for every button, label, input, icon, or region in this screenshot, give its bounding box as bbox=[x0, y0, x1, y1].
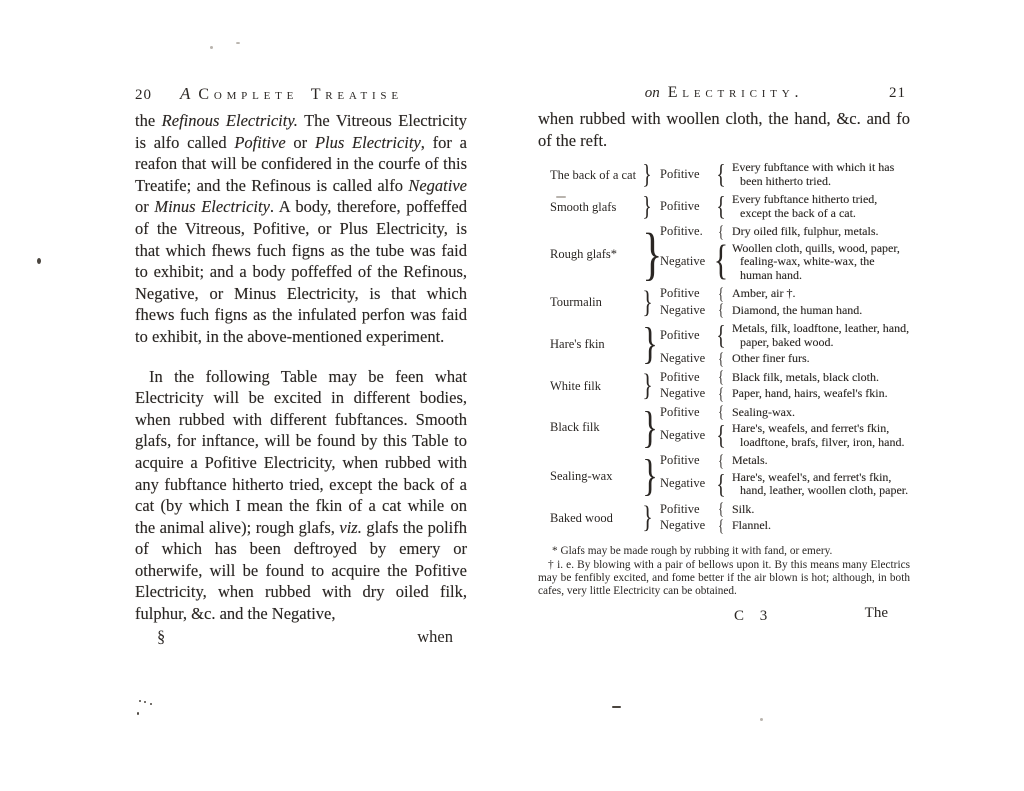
table-entry: Pofitive{Amber, air †. bbox=[656, 287, 910, 301]
text-segment: Refinous Electricity. bbox=[162, 111, 298, 130]
electricity-table: The back of a cat}Pofitive{Every fubftan… bbox=[538, 161, 910, 533]
entry-brace-icon: { bbox=[716, 164, 726, 185]
table-group: Rough glafs*}Pofitive.{Dry oiled filk, f… bbox=[538, 225, 910, 282]
footnotes: * Glafs may be made rough by rubbing it … bbox=[538, 545, 910, 598]
table-entry: Pofitive{Every fubftance with which it h… bbox=[656, 161, 910, 188]
entry-brace-icon: { bbox=[716, 353, 726, 366]
scan-speckle bbox=[144, 701, 146, 703]
scan-speckle bbox=[137, 712, 139, 715]
charge-label: Negative bbox=[656, 255, 714, 269]
scan-speckle bbox=[150, 703, 152, 705]
result-text: Hare's, weafel's, and ferret's fkin, han… bbox=[728, 471, 910, 498]
charge-label: Pofitive bbox=[656, 200, 714, 214]
table-entry: Negative{Hare's, weafel's, and ferret's … bbox=[656, 471, 910, 498]
table-group: Sealing-wax}Pofitive{Metals.Negative{Har… bbox=[538, 454, 910, 498]
scan-speckle bbox=[612, 706, 621, 708]
footnote: † i. e. By blowing with a pair of bellow… bbox=[538, 559, 910, 597]
group-brace-icon: } bbox=[642, 327, 654, 361]
charge-label: Pofitive bbox=[656, 287, 714, 301]
charge-label: Pofitive bbox=[656, 503, 714, 517]
entry-brace-icon: { bbox=[716, 388, 726, 401]
table-entry: Pofitive{Metals. bbox=[656, 454, 910, 468]
substance-label: Smooth glafs bbox=[538, 200, 640, 214]
scan-speckle bbox=[37, 258, 41, 264]
right-page-number: 21 bbox=[889, 85, 906, 102]
charge-label: Negative bbox=[656, 429, 714, 443]
entry-list: Pofitive{Metals, filk, loadftone, leathe… bbox=[656, 322, 910, 366]
group-brace-icon: } bbox=[642, 506, 654, 529]
left-running-title: AComplete Treatise bbox=[180, 84, 403, 104]
scan-speckle bbox=[760, 718, 763, 721]
entry-brace-icon: { bbox=[716, 455, 726, 468]
substance-label: Hare's fkin bbox=[538, 337, 640, 351]
group-brace-icon: } bbox=[642, 232, 654, 276]
entry-brace-icon: { bbox=[716, 288, 726, 301]
result-text: Paper, hand, hairs, weafel's fkin. bbox=[728, 387, 910, 401]
signature-line: C 3 The bbox=[538, 608, 910, 630]
charge-label: Pofitive bbox=[656, 406, 714, 420]
text-segment: Plus Electricity bbox=[315, 133, 421, 152]
result-text: Every fubftance with which it has been h… bbox=[728, 161, 910, 188]
scan-speckle bbox=[210, 46, 213, 49]
table-entry: Negative{Diamond, the human hand. bbox=[656, 304, 910, 318]
running-title-article: A bbox=[180, 84, 190, 103]
result-text: Diamond, the human hand. bbox=[728, 304, 910, 318]
substance-label: Tourmalin bbox=[538, 295, 640, 309]
result-text: Every fubftance hitherto tried, except t… bbox=[728, 193, 910, 220]
scan-speckle bbox=[236, 42, 240, 44]
result-text: Flannel. bbox=[728, 519, 910, 533]
substance-label: Black filk bbox=[538, 420, 640, 434]
right-page: onElectricity. 21 when rubbed with wooll… bbox=[538, 84, 910, 630]
table-group: Black filk}Pofitive{Sealing-wax.Negative… bbox=[538, 406, 910, 450]
substance-label: Sealing-wax bbox=[538, 469, 640, 483]
result-text: Metals. bbox=[728, 454, 910, 468]
entry-brace-icon: { bbox=[716, 325, 726, 346]
text-segment: Negative bbox=[408, 176, 467, 195]
running-title-text: Electricity. bbox=[668, 84, 804, 101]
group-brace-icon: } bbox=[642, 291, 654, 314]
text-segment: . A body, therefore, poffeffed of the Vi… bbox=[135, 197, 467, 346]
entry-brace-icon: { bbox=[716, 406, 726, 419]
entry-list: Pofitive{Every fubftance hitherto tried,… bbox=[656, 193, 910, 220]
entry-list: Pofitive{Every fubftance with which it h… bbox=[656, 161, 910, 188]
table-entry: Negative{Flannel. bbox=[656, 519, 910, 533]
table-entry: Pofitive{Black filk, metals, black cloth… bbox=[656, 371, 910, 385]
result-text: Black filk, metals, black cloth. bbox=[728, 371, 910, 385]
signature-mark: § bbox=[157, 627, 165, 647]
group-brace-icon: } bbox=[642, 164, 654, 185]
result-text: Silk. bbox=[728, 503, 910, 517]
table-entry: Negative{Hare's, weafels, and ferret's f… bbox=[656, 422, 910, 449]
text-segment: or bbox=[286, 133, 315, 152]
charge-label: Negative bbox=[656, 387, 714, 401]
entry-brace-icon: { bbox=[716, 425, 726, 446]
table-entry: Pofitive{Sealing-wax. bbox=[656, 406, 910, 420]
table-entry: Negative{Woollen cloth, quills, wood, pa… bbox=[656, 242, 910, 283]
charge-label: Negative bbox=[656, 477, 714, 491]
table-group: The back of a cat}Pofitive{Every fubftan… bbox=[538, 161, 910, 188]
table-entry: Pofitive.{Dry oiled filk, fulphur, metal… bbox=[656, 225, 910, 239]
group-brace-icon: } bbox=[642, 459, 654, 493]
charge-label: Negative bbox=[656, 519, 714, 533]
paragraph: the Refinous Electricity. The Vitreous E… bbox=[135, 110, 467, 348]
catchword: The bbox=[865, 605, 888, 622]
entry-list: Pofitive{Amber, air †.Negative{Diamond, … bbox=[656, 287, 910, 317]
charge-label: Pofitive bbox=[656, 329, 714, 343]
group-brace-icon: } bbox=[642, 411, 654, 445]
entry-list: Pofitive.{Dry oiled filk, fulphur, metal… bbox=[656, 225, 910, 282]
entry-brace-icon: { bbox=[716, 196, 726, 217]
group-brace-icon: } bbox=[642, 374, 654, 397]
charge-label: Pofitive. bbox=[656, 225, 714, 239]
entry-list: Pofitive{Silk.Negative{Flannel. bbox=[656, 503, 910, 533]
left-catchline: § when bbox=[135, 627, 467, 647]
text-segment: or bbox=[135, 197, 154, 216]
entry-brace-icon: { bbox=[716, 503, 726, 516]
left-page-header: 20 AComplete Treatise bbox=[135, 84, 467, 104]
table-group: Hare's fkin}Pofitive{Metals, filk, loadf… bbox=[538, 322, 910, 366]
result-text: Sealing-wax. bbox=[728, 406, 910, 420]
running-title-prefix: on bbox=[645, 85, 660, 101]
text-segment: when rubbed with woollen cloth, the hand… bbox=[538, 109, 910, 150]
entry-list: Pofitive{Sealing-wax.Negative{Hare's, we… bbox=[656, 406, 910, 450]
result-text: Dry oiled filk, fulphur, metals. bbox=[728, 225, 910, 239]
text-segment: viz. bbox=[339, 518, 361, 537]
footnote: * Glafs may be made rough by rubbing it … bbox=[538, 545, 910, 558]
text-segment: the bbox=[135, 111, 162, 130]
substance-label: The back of a cat bbox=[538, 168, 640, 182]
charge-label: Pofitive bbox=[656, 371, 714, 385]
table-group: White filk}Pofitive{Black filk, metals, … bbox=[538, 371, 910, 401]
entry-list: Pofitive{Metals.Negative{Hare's, weafel'… bbox=[656, 454, 910, 498]
entry-brace-icon: { bbox=[716, 246, 726, 277]
table-group: Baked wood}Pofitive{Silk.Negative{Flanne… bbox=[538, 503, 910, 533]
table-entry: Negative{Paper, hand, hairs, weafel's fk… bbox=[656, 387, 910, 401]
entry-brace-icon: { bbox=[716, 304, 726, 317]
table-entry: Pofitive{Metals, filk, loadftone, leathe… bbox=[656, 322, 910, 349]
result-text: Amber, air †. bbox=[728, 287, 910, 301]
substance-label: Rough glafs* bbox=[538, 247, 640, 261]
right-page-header: onElectricity. 21 bbox=[538, 84, 910, 102]
substance-label: White filk bbox=[538, 379, 640, 393]
left-page-number: 20 bbox=[135, 87, 152, 104]
signature-mark: C 3 bbox=[734, 608, 773, 625]
running-title-text: Complete Treatise bbox=[198, 86, 402, 103]
charge-label: Pofitive bbox=[656, 454, 714, 468]
table-group: Smooth glafs}Pofitive{Every fubftance hi… bbox=[538, 193, 910, 220]
table-entry: Pofitive{Every fubftance hitherto tried,… bbox=[656, 193, 910, 220]
entry-brace-icon: { bbox=[716, 520, 726, 533]
table-entry: Pofitive{Silk. bbox=[656, 503, 910, 517]
charge-label: Pofitive bbox=[656, 168, 714, 182]
entry-brace-icon: { bbox=[716, 226, 726, 239]
charge-label: Negative bbox=[656, 304, 714, 318]
text-segment: In the following Table may be feen what … bbox=[135, 367, 467, 537]
text-segment: Pofitive bbox=[234, 133, 285, 152]
right-running-title: onElectricity. bbox=[645, 84, 804, 102]
entry-list: Pofitive{Black filk, metals, black cloth… bbox=[656, 371, 910, 401]
result-text: Metals, filk, loadftone, leather, hand, … bbox=[728, 322, 910, 349]
charge-label: Negative bbox=[656, 352, 714, 366]
paragraph: when rubbed with woollen cloth, the hand… bbox=[538, 108, 910, 151]
table-entry: Negative{Other finer furs. bbox=[656, 352, 910, 366]
scan-speckle bbox=[556, 196, 566, 198]
result-text: Other finer furs. bbox=[728, 352, 910, 366]
text-segment: Minus Electricity bbox=[154, 197, 270, 216]
entry-brace-icon: { bbox=[716, 371, 726, 384]
catchword: when bbox=[417, 627, 453, 647]
result-text: Hare's, weafels, and ferret's fkin, load… bbox=[728, 422, 910, 449]
left-page: 20 AComplete Treatise the Refinous Elect… bbox=[135, 84, 467, 647]
result-text: Woollen cloth, quills, wood, paper, feal… bbox=[728, 242, 910, 283]
scan-speckle bbox=[139, 700, 141, 702]
entry-brace-icon: { bbox=[716, 474, 726, 495]
table-group: Tourmalin}Pofitive{Amber, air †.Negative… bbox=[538, 287, 910, 317]
substance-label: Baked wood bbox=[538, 511, 640, 525]
group-brace-icon: } bbox=[642, 196, 654, 217]
paragraph: In the following Table may be feen what … bbox=[135, 366, 467, 625]
